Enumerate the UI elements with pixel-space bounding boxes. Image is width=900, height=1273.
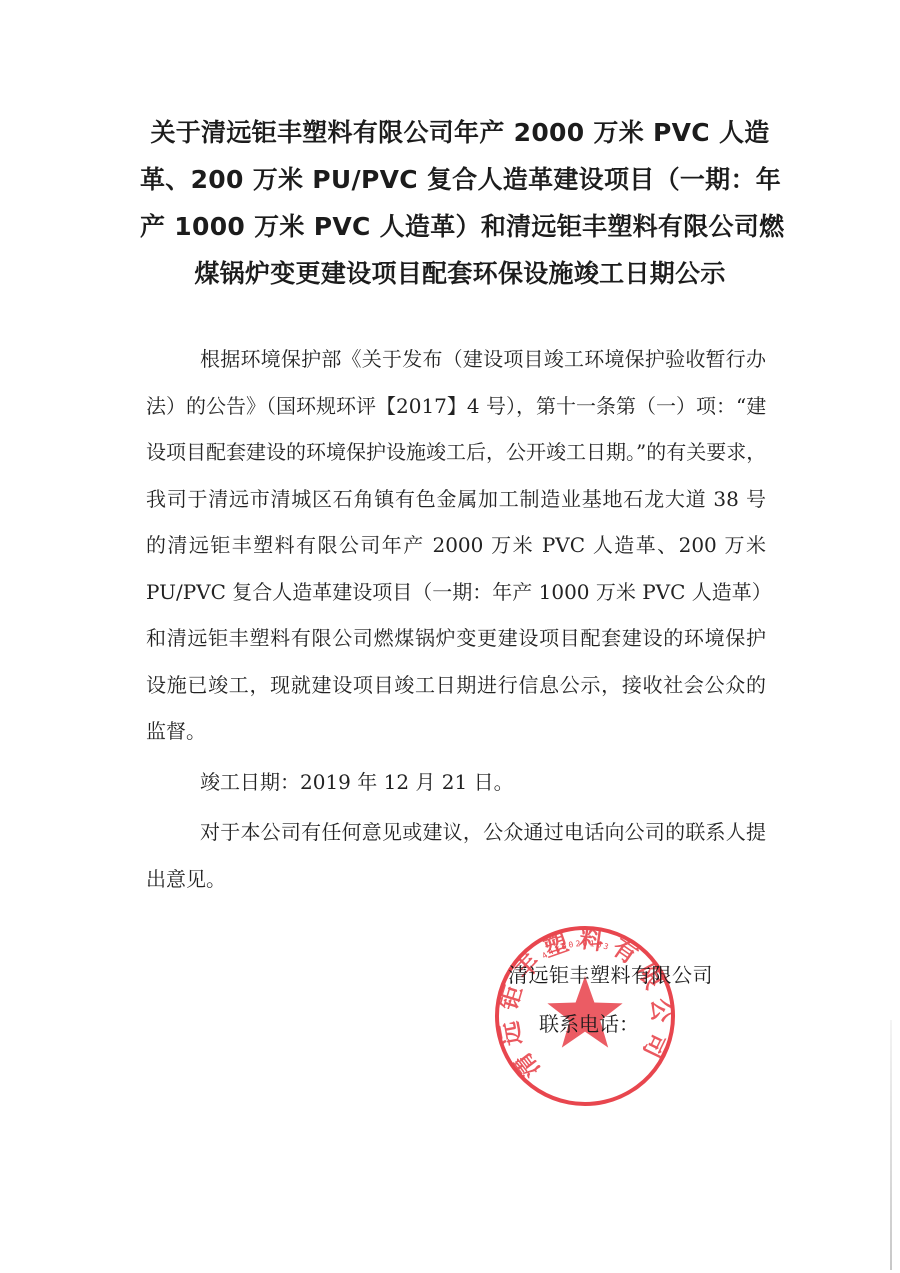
paragraph-line: 对于本公司有任何意见或建议，公众通过电话向公司的联系人提 <box>146 809 766 856</box>
svg-text:4410020103: 4410020103 <box>539 924 615 989</box>
paragraph-line: 我司于清远市清城区石角镇有色金属加工制造业基地石龙大道 38 号 <box>146 476 766 523</box>
paragraph-line: 设施已竣工，现就建设项目竣工日期进行信息公示，接收社会公众的 <box>146 662 766 709</box>
title-line: 革、200 万米 PU/PVC 复合人造革建设项目（一期：年 <box>140 156 780 203</box>
document-page: 关于清远钜丰塑料有限公司年产 2000 万米 PVC 人造 革、200 万米 P… <box>0 0 900 1273</box>
main-paragraph: 根据环境保护部《关于发布（建设项目竣工环境保护验收暂行办 法）的公告》（国环规环… <box>146 336 766 755</box>
feedback-paragraph: 对于本公司有任何意见或建议，公众通过电话向公司的联系人提 出意见。 <box>146 809 766 902</box>
svg-text:清远钜丰塑料有限公司: 清远钜丰塑料有限公司 <box>493 924 677 1108</box>
paragraph-line: 监督。 <box>146 708 766 755</box>
paragraph-line: 设项目配套建设的环境保护设施竣工后，公开竣工日期。”的有关要求， <box>146 429 766 476</box>
completion-date: 竣工日期：2019 年 12 月 21 日。 <box>146 759 766 806</box>
paragraph-line: 的清远钜丰塑料有限公司年产 2000 万米 PVC 人造革、200 万米 <box>146 522 766 569</box>
document-title: 关于清远钜丰塑料有限公司年产 2000 万米 PVC 人造 革、200 万米 P… <box>140 109 780 297</box>
paragraph-line: 根据环境保护部《关于发布（建设项目竣工环境保护验收暂行办 <box>146 336 766 383</box>
title-line: 关于清远钜丰塑料有限公司年产 2000 万米 PVC 人造 <box>140 109 780 156</box>
title-line: 产 1000 万米 PVC 人造革）和清远钜丰塑料有限公司燃 <box>140 203 780 250</box>
paragraph-line: 和清远钜丰塑料有限公司燃煤锅炉变更建设项目配套建设的环境保护 <box>146 615 766 662</box>
paragraph-line: 出意见。 <box>146 856 766 903</box>
document-body: 根据环境保护部《关于发布（建设项目竣工环境保护验收暂行办 法）的公告》（国环规环… <box>146 336 766 902</box>
scan-edge-line <box>890 1020 892 1270</box>
paragraph-line: PU/PVC 复合人造革建设项目（一期：年产 1000 万米 PVC 人造革） <box>146 569 766 616</box>
paragraph-line: 法）的公告》（国环规环评【2017】4 号），第十一条第（一）项：“建 <box>146 383 766 430</box>
star-icon <box>547 976 622 1048</box>
company-name: 清远钜丰塑料有限公司 <box>508 962 713 988</box>
company-seal-icon: 清远钜丰塑料有限公司 4410020103 <box>493 924 677 1108</box>
contact-phone-label: 联系电话： <box>539 1011 639 1037</box>
title-line: 煤锅炉变更建设项目配套环保设施竣工日期公示 <box>140 250 780 297</box>
